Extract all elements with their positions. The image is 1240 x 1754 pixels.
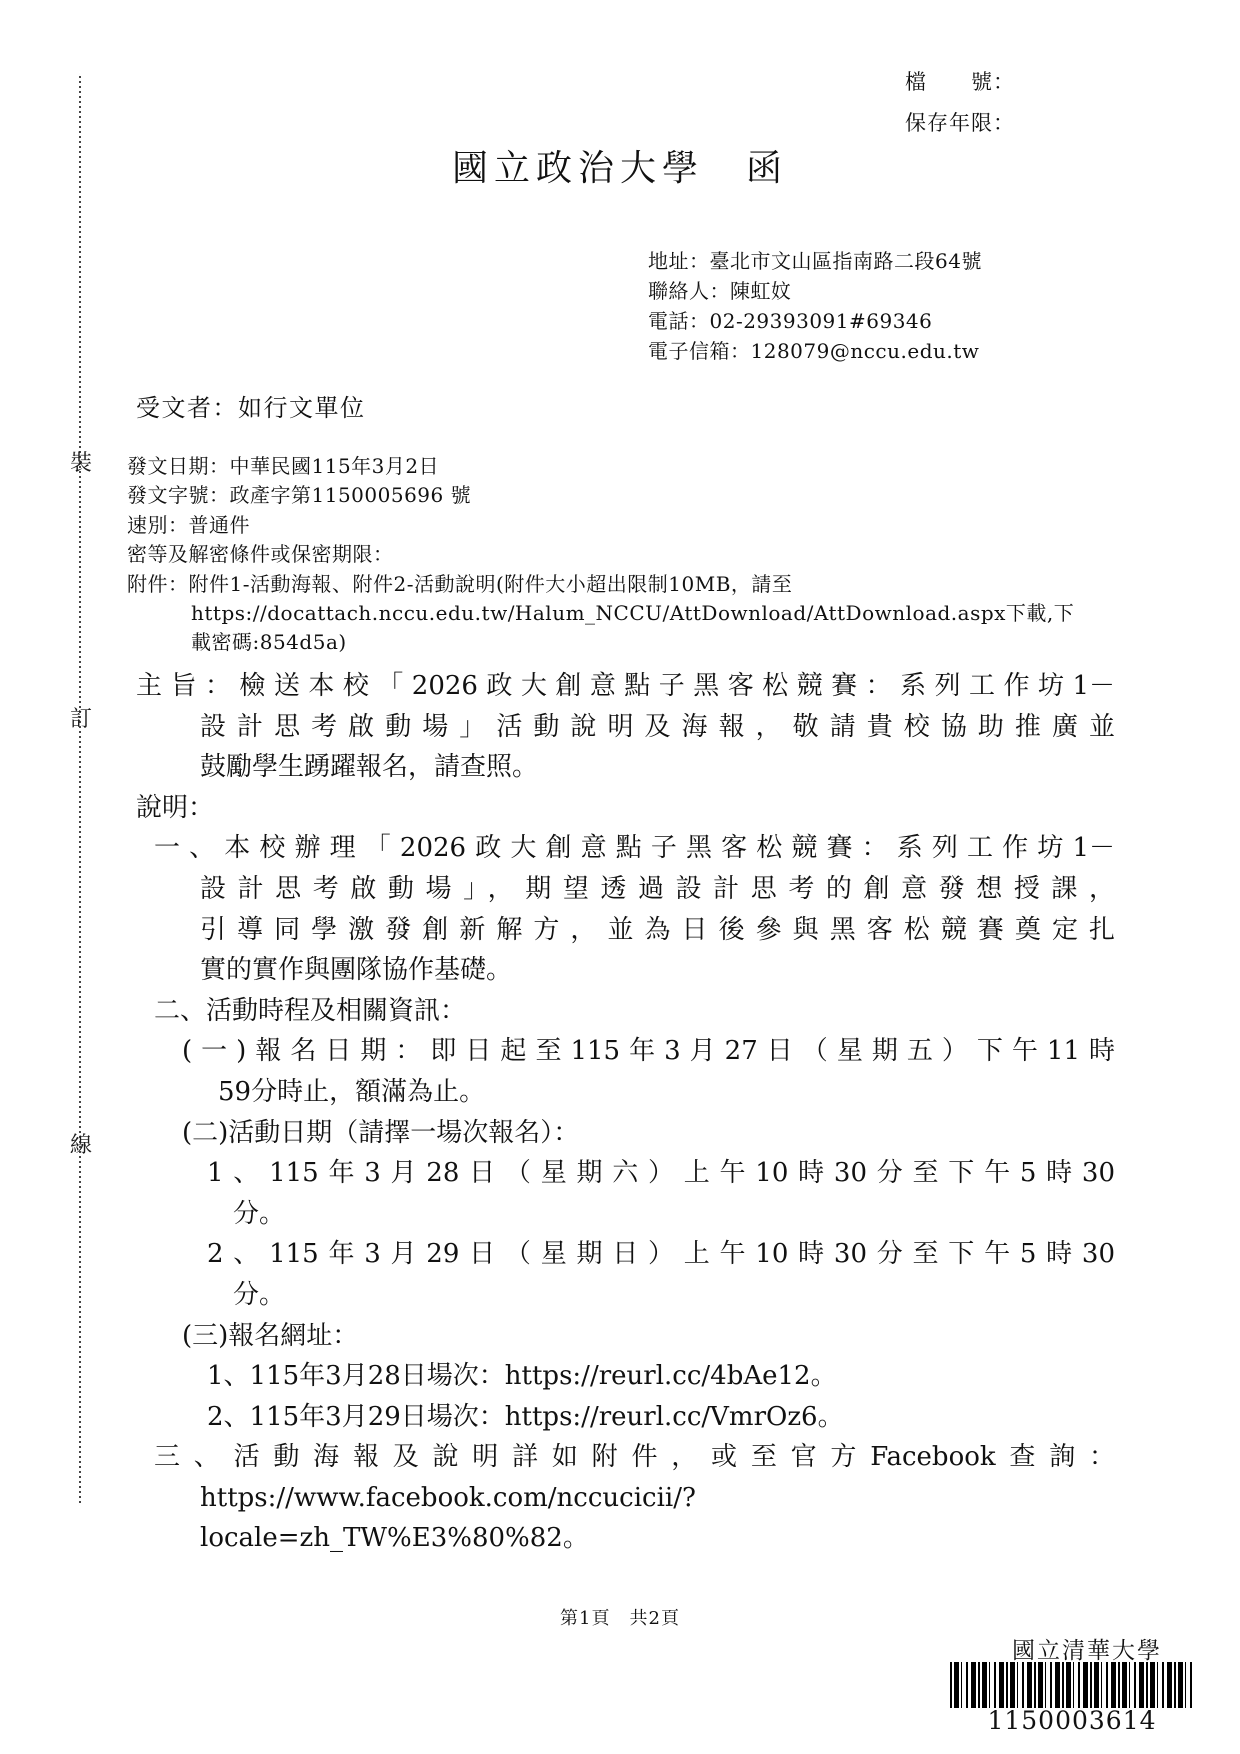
- archive-label-block: 檔 號： 保存年限：: [905, 62, 1015, 144]
- retention-period-label: 保存年限：: [905, 103, 1015, 144]
- sender-email: 電子信箱：128079@nccu.edu.tw: [648, 336, 982, 366]
- body-line: 分。: [136, 1275, 1115, 1316]
- file-number-label: 檔 號：: [905, 62, 1015, 103]
- body-line: 實的實作與團隊協作基礎。: [136, 950, 1115, 991]
- body-line: locale=zh_TW%E3%80%82。: [136, 1518, 1115, 1559]
- doc-number-line: 發文字號：政產字第1150005696 號: [127, 481, 1074, 510]
- sender-info-block: 地址：臺北市文山區指南路二段64號 聯絡人：陳虹妏 電話：02-29393091…: [648, 246, 982, 366]
- attachment-line: 附件：附件1-活動海報、附件2-活動說明(附件大小超出限制10MB，請至: [127, 570, 1074, 599]
- barcode: [950, 1662, 1194, 1708]
- barcode-number: 1150003614: [950, 1706, 1194, 1735]
- recipient-line: 受文者：如行文單位: [136, 388, 366, 423]
- body-line: 主旨：檢送本校「2026政大創意點子黑客松競賽：系列工作坊1－: [136, 666, 1115, 707]
- body-line: 1、115年3月28日場次：https://reurl.cc/4bAe12。: [136, 1356, 1115, 1397]
- metadata-block: 發文日期：中華民國115年3月2日 發文字號：政產字第1150005696 號 …: [127, 452, 1074, 658]
- body-line: 1、115年3月28日（星期六）上午10時30分至下午5時30: [136, 1153, 1115, 1194]
- sender-contact-person: 聯絡人：陳虹妏: [648, 276, 982, 306]
- body-line: 設計思考啟動場」，期望透過設計思考的創意發想授課，: [136, 869, 1115, 910]
- body-line: 2、115年3月29日場次：https://reurl.cc/VmrOz6。: [136, 1397, 1115, 1438]
- security-class-line: 密等及解密條件或保密期限：: [127, 540, 1074, 569]
- body-line: 說明：: [136, 788, 1115, 829]
- binding-mark-xian: 線: [67, 1128, 95, 1159]
- document-page: 裝 訂 線 檔 號： 保存年限： 國立政治大學 函 地址：臺北市文山區指南路二段…: [0, 0, 1240, 1754]
- body-line: 59分時止，額滿為止。: [136, 1072, 1115, 1113]
- body-line: (三)報名網址：: [136, 1316, 1115, 1357]
- attachment-password-line: 載密碼:854d5a): [127, 628, 1074, 657]
- body-line: 2、115年3月29日（星期日）上午10時30分至下午5時30: [136, 1234, 1115, 1275]
- body-line: 二、活動時程及相關資訊：: [136, 991, 1115, 1032]
- binding-dotted-line: [79, 76, 81, 1504]
- receiving-university-name: 國立清華大學: [1012, 1632, 1162, 1665]
- body-line: 三、活動海報及說明詳如附件，或至官方Facebook查詢：: [136, 1437, 1115, 1478]
- body-line: 設計思考啟動場」活動說明及海報，敬請貴校協助推廣並: [136, 707, 1115, 748]
- page-indicator: 第1頁 共2頁: [0, 1604, 1240, 1630]
- body-line: 分。: [136, 1194, 1115, 1235]
- body-line: 引導同學激發創新解方，並為日後參與黑客松競賽奠定扎: [136, 910, 1115, 951]
- document-title: 國立政治大學 函: [0, 140, 1240, 191]
- letter-body: 主旨：檢送本校「2026政大創意點子黑客松競賽：系列工作坊1－ 設計思考啟動場」…: [136, 666, 1115, 1559]
- body-line: (一)報名日期：即日起至115年3月27日（星期五）下午11時: [136, 1031, 1115, 1072]
- body-line: https://www.facebook.com/nccucicii/?: [136, 1478, 1115, 1519]
- body-line: (二)活動日期（請擇一場次報名）：: [136, 1113, 1115, 1154]
- binding-mark-zhuang: 裝: [67, 446, 95, 477]
- sender-phone: 電話：02-29393091#69346: [648, 306, 982, 336]
- binding-mark-ding: 訂: [67, 702, 95, 733]
- sender-address: 地址：臺北市文山區指南路二段64號: [648, 246, 982, 276]
- send-date-line: 發文日期：中華民國115年3月2日: [127, 452, 1074, 481]
- body-line: 一、本校辦理「2026政大創意點子黑客松競賽：系列工作坊1－: [136, 828, 1115, 869]
- body-line: 鼓勵學生踴躍報名，請查照。: [136, 747, 1115, 788]
- attachment-url-line: https://docattach.nccu.edu.tw/Halum_NCCU…: [127, 599, 1074, 628]
- speed-class-line: 速別：普通件: [127, 511, 1074, 540]
